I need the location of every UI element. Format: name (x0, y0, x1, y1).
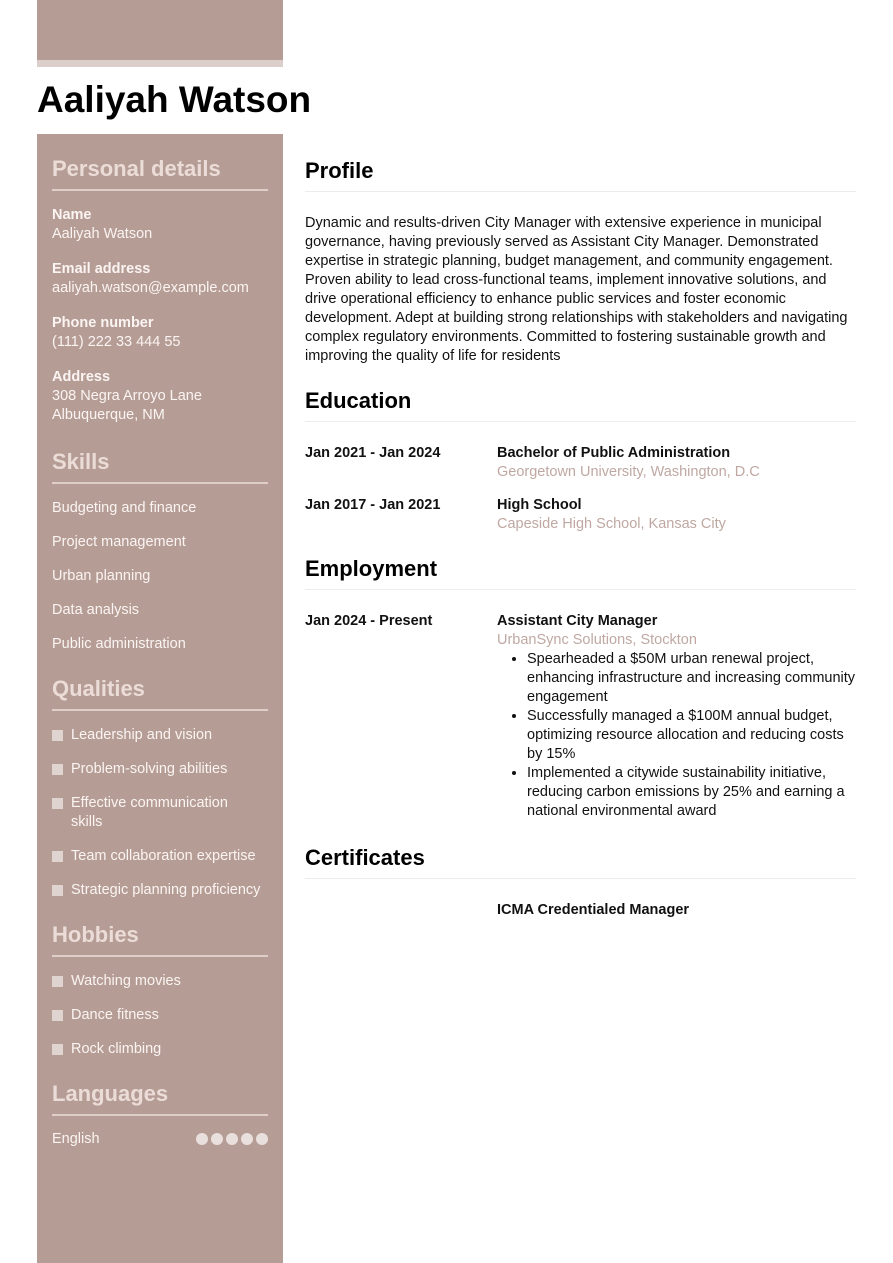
achievement-item: Implemented a citywide sustainability in… (527, 764, 856, 821)
entry-title: Bachelor of Public Administration (497, 444, 856, 463)
main-content: Profile Dynamic and results-driven City … (305, 134, 856, 920)
detail-label: Address (52, 368, 268, 387)
qualities-section: Qualities Leadership and vision Problem-… (52, 654, 268, 900)
personal-details-section: Personal details Name Aaliyah Watson Ema… (52, 134, 268, 425)
entry-date: Jan 2024 - Present (305, 612, 497, 821)
square-bullet-icon (52, 730, 63, 741)
detail-email: Email address aaliyah.watson@example.com (52, 260, 268, 298)
square-bullet-icon (52, 798, 63, 809)
section-heading: Hobbies (52, 900, 268, 957)
skill-item: Budgeting and finance (52, 499, 268, 518)
skill-item: Urban planning (52, 567, 268, 586)
entry-subtitle: Capeside High School, Kansas City (497, 515, 856, 534)
section-heading: Languages (52, 1059, 268, 1116)
rating-dot-icon (256, 1133, 268, 1145)
detail-label: Email address (52, 260, 268, 279)
detail-value: 308 Negra Arroyo Lane (52, 387, 268, 406)
skills-section: Skills Budgeting and finance Project man… (52, 425, 268, 654)
profile-summary: Dynamic and results-driven City Manager … (305, 214, 856, 366)
profile-section: Profile Dynamic and results-driven City … (305, 158, 856, 366)
quality-item: Leadership and vision (52, 726, 268, 745)
square-bullet-icon (52, 1044, 63, 1055)
rating-dot-icon (196, 1133, 208, 1145)
section-heading: Certificates (305, 845, 856, 879)
detail-address: Address 308 Negra Arroyo Lane Albuquerqu… (52, 368, 268, 425)
quality-label: Team collaboration expertise (71, 847, 256, 866)
rating-dot-icon (226, 1133, 238, 1145)
entry-date: Jan 2017 - Jan 2021 (305, 496, 497, 534)
rating-dot-icon (241, 1133, 253, 1145)
certificate-entry: ICMA Credentialed Manager (305, 901, 856, 920)
entry-date (305, 901, 497, 920)
quality-item: Strategic planning proficiency (52, 881, 268, 900)
square-bullet-icon (52, 1010, 63, 1021)
square-bullet-icon (52, 976, 63, 987)
achievement-item: Spearheaded a $50M urban renewal project… (527, 650, 856, 707)
hobby-label: Dance fitness (71, 1006, 159, 1025)
entry-title: ICMA Credentialed Manager (497, 901, 856, 920)
skill-item: Data analysis (52, 601, 268, 620)
quality-label: Effective communication skills (71, 794, 251, 832)
entry-subtitle: Georgetown University, Washington, D.C (497, 463, 856, 482)
quality-label: Strategic planning proficiency (71, 881, 260, 900)
quality-label: Problem-solving abilities (71, 760, 227, 779)
square-bullet-icon (52, 764, 63, 775)
square-bullet-icon (52, 885, 63, 896)
detail-phone: Phone number (111) 222 33 444 55 (52, 314, 268, 352)
hobby-item: Watching movies (52, 972, 268, 991)
hobby-label: Watching movies (71, 972, 181, 991)
employment-section: Employment Jan 2024 - Present Assistant … (305, 556, 856, 821)
hobbies-section: Hobbies Watching movies Dance fitness Ro… (52, 900, 268, 1059)
candidate-name: Aaliyah Watson (37, 78, 311, 122)
hobby-item: Dance fitness (52, 1006, 268, 1025)
entry-subtitle: UrbanSync Solutions, Stockton (497, 631, 856, 650)
education-section: Education Jan 2021 - Jan 2024 Bachelor o… (305, 388, 856, 534)
section-heading: Personal details (52, 134, 268, 191)
detail-value: Aaliyah Watson (52, 225, 268, 244)
detail-label: Phone number (52, 314, 268, 333)
quality-item: Effective communication skills (52, 794, 268, 832)
education-entry: Jan 2017 - Jan 2021 High School Capeside… (305, 496, 856, 534)
skill-item: Public administration (52, 635, 268, 654)
achievement-list: Spearheaded a $50M urban renewal project… (497, 650, 856, 821)
skill-item: Project management (52, 533, 268, 552)
quality-label: Leadership and vision (71, 726, 212, 745)
square-bullet-icon (52, 851, 63, 862)
header-accent-strip (37, 60, 283, 67)
certificates-section: Certificates ICMA Credentialed Manager (305, 845, 856, 920)
section-heading: Skills (52, 425, 268, 484)
entry-date: Jan 2021 - Jan 2024 (305, 444, 497, 482)
section-heading: Profile (305, 158, 856, 192)
rating-dot-icon (211, 1133, 223, 1145)
education-entry: Jan 2021 - Jan 2024 Bachelor of Public A… (305, 444, 856, 482)
language-level-rating (196, 1133, 268, 1145)
hobby-item: Rock climbing (52, 1040, 268, 1059)
section-heading: Education (305, 388, 856, 422)
languages-section: Languages English (52, 1059, 268, 1147)
detail-label: Name (52, 206, 268, 225)
section-heading: Employment (305, 556, 856, 590)
header-color-block (37, 0, 283, 60)
hobby-label: Rock climbing (71, 1040, 161, 1059)
quality-item: Team collaboration expertise (52, 847, 268, 866)
sidebar: Personal details Name Aaliyah Watson Ema… (37, 134, 283, 1263)
language-name: English (52, 1131, 100, 1147)
section-heading: Qualities (52, 654, 268, 711)
detail-name: Name Aaliyah Watson (52, 206, 268, 244)
achievement-item: Successfully managed a $100M annual budg… (527, 707, 856, 764)
detail-value-line2: Albuquerque, NM (52, 406, 268, 425)
detail-value: (111) 222 33 444 55 (52, 333, 268, 352)
entry-title: High School (497, 496, 856, 515)
detail-value[interactable]: aaliyah.watson@example.com (52, 279, 268, 298)
employment-entry: Jan 2024 - Present Assistant City Manage… (305, 612, 856, 821)
language-item: English (52, 1131, 268, 1147)
quality-item: Problem-solving abilities (52, 760, 268, 779)
entry-title: Assistant City Manager (497, 612, 856, 631)
